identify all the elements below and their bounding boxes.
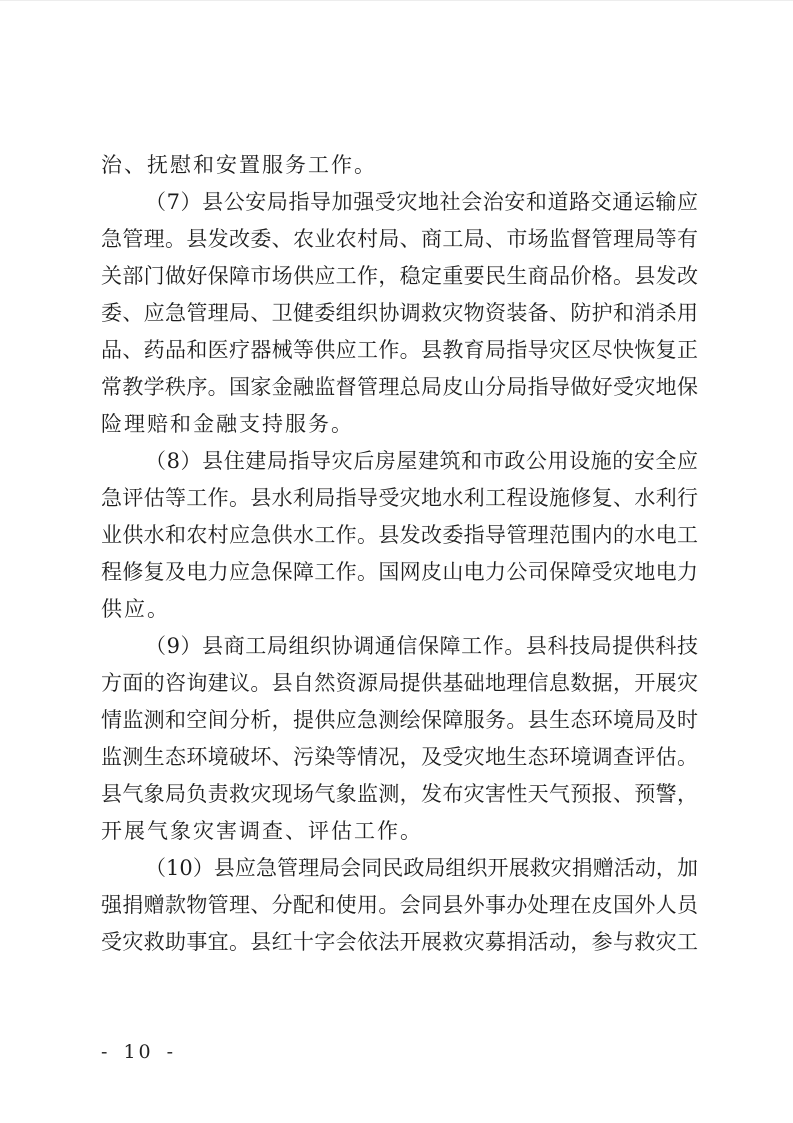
text-line: 关部门做好保障市场供应工作，稳定重要民生商品价格。县发改 <box>101 258 698 295</box>
text-line: 情监测和空间分析，提供应急测绘保障服务。县生态环境局及时 <box>101 702 698 739</box>
text-line: （9）县商工局组织协调通信保障工作。县科技局提供科技 <box>101 628 698 665</box>
text-line: 委、应急管理局、卫健委组织协调救灾物资装备、防护和消杀用 <box>101 295 698 332</box>
text-line: 业供水和农村应急供水工作。县发改委指导管理范围内的水电工 <box>101 517 698 554</box>
document-page: 治、抚慰和安置服务工作。 （7）县公安局指导加强受灾地社会治安和道路交通运输应 … <box>0 0 793 1123</box>
text-line: 程修复及电力应急保障工作。国网皮山电力公司保障受灾地电力 <box>101 554 698 591</box>
text-line: 方面的咨询建议。县自然资源局提供基础地理信息数据，开展灾 <box>101 665 698 702</box>
text-line: 供应。 <box>101 591 698 628</box>
page-number: - 10 - <box>101 1041 176 1063</box>
text-line: 开展气象灾害调查、评估工作。 <box>101 813 698 850</box>
text-line: 急评估等工作。县水利局指导受灾地水利工程设施修复、水利行 <box>101 480 698 517</box>
text-line: （8）县住建局指导灾后房屋建筑和市政公用设施的安全应 <box>101 443 698 480</box>
document-body: 治、抚慰和安置服务工作。 （7）县公安局指导加强受灾地社会治安和道路交通运输应 … <box>101 147 698 961</box>
text-line: 受灾救助事宜。县红十字会依法开展救灾募捐活动，参与救灾工 <box>101 924 698 961</box>
text-line: 品、药品和医疗器械等供应工作。县教育局指导灾区尽快恢复正 <box>101 332 698 369</box>
text-line: 险理赔和金融支持服务。 <box>101 406 698 443</box>
text-line: 县气象局负责救灾现场气象监测，发布灾害性天气预报、预警， <box>101 776 698 813</box>
text-line: 常教学秩序。国家金融监督管理总局皮山分局指导做好受灾地保 <box>101 369 698 406</box>
text-line: 治、抚慰和安置服务工作。 <box>101 147 698 184</box>
text-line: （7）县公安局指导加强受灾地社会治安和道路交通运输应 <box>101 184 698 221</box>
text-line: 强捐赠款物管理、分配和使用。会同县外事办处理在皮国外人员 <box>101 887 698 924</box>
text-line: 急管理。县发改委、农业农村局、商工局、市场监督管理局等有 <box>101 221 698 258</box>
text-line: （10）县应急管理局会同民政局组织开展救灾捐赠活动，加 <box>101 850 698 887</box>
text-line: 监测生态环境破坏、污染等情况，及受灾地生态环境调查评估。 <box>101 739 698 776</box>
